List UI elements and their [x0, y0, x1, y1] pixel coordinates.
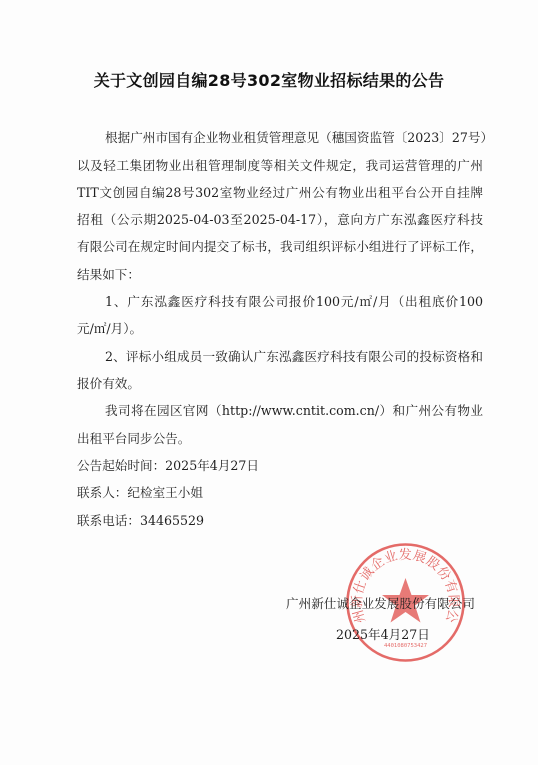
result-item-2-cont: 报价有效。 — [77, 375, 483, 393]
body-line: 招租（公示期2025-04-03至2025-04-17），意向方广东泓鑫医疗科技 — [77, 211, 483, 229]
result-item-1-cont: 元/㎡/月）。 — [77, 320, 483, 338]
signature-date: 2025年4月27日 — [336, 624, 430, 643]
body-line: 有限公司在规定时间内提交了标书，我司组织评标小组进行了评标工作， — [77, 238, 483, 256]
body-line: 根据广州市国有企业物业租赁管理意见（穗国资监管〔2023〕27号） — [105, 129, 483, 147]
document-title: 关于文创园自编28号302室物业招标结果的公告 — [0, 68, 538, 91]
result-item-1: 1、广东泓鑫医疗科技有限公司报价100元/㎡/月（出租底价100 — [105, 293, 483, 311]
result-item-2: 2、评标小组成员一致确认广东泓鑫医疗科技有限公司的投标资格和 — [105, 348, 483, 366]
sync-notice-cont: 出租平台同步公告。 — [77, 430, 483, 448]
body-line: TIT文创园自编28号302室物业经过广州公有物业出租平台公开自挂牌 — [77, 184, 483, 202]
body-line: 以及轻工集团物业出租管理制度等相关文件规定，我司运营管理的广州 — [77, 157, 483, 175]
signature-company: 广州新仕诚企业发展股份有限公司 — [286, 593, 475, 612]
sync-notice: 我司将在园区官网（http://www.cntit.com.cn/）和广州公有物… — [105, 402, 483, 420]
document-page: 关于文创园自编28号302室物业招标结果的公告 根据广州市国有企业物业租赁管理意… — [0, 0, 538, 765]
contact-phone: 联系电话：34465529 — [77, 512, 483, 530]
body-line: 结果如下： — [77, 266, 483, 284]
contact-person: 联系人：纪检室王小姐 — [77, 484, 483, 502]
start-date: 公告起始时间：2025年4月27日 — [77, 457, 483, 475]
svg-text:4401080753427: 4401080753427 — [384, 643, 427, 649]
